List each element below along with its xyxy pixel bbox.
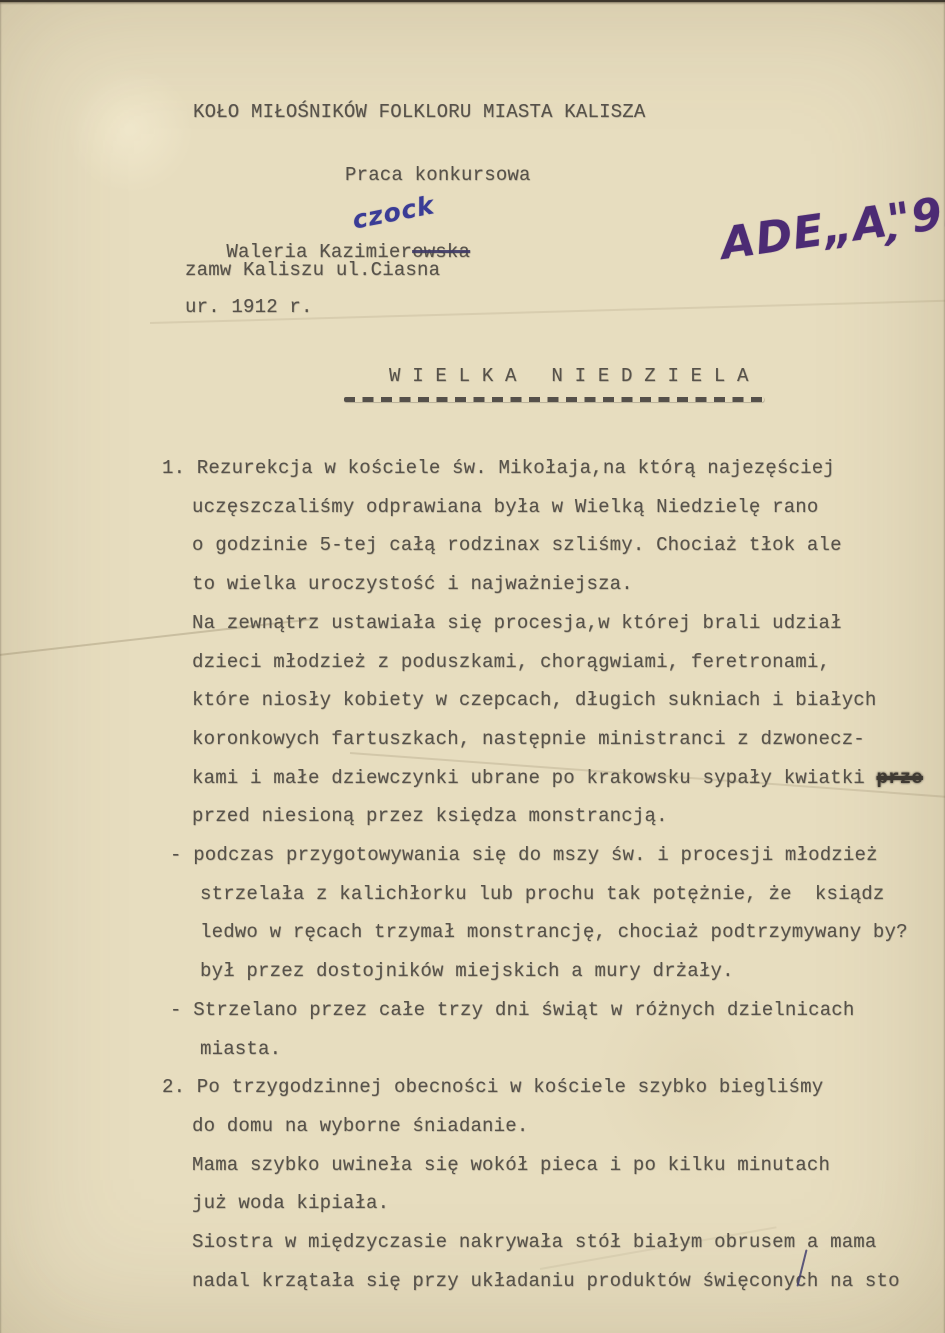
- typed-line-text: Na zewnątrz ustawiała się procesja,w któ…: [192, 612, 842, 634]
- typed-line-text: uczęszczaliśmy odprawiana była w Wielką …: [192, 496, 819, 518]
- typed-line-text: 1. Rezurekcja w kościele św. Mikołaja,na…: [162, 457, 835, 479]
- typed-line: dzieci młodzież z poduszkami, chorągwiam…: [192, 643, 945, 682]
- typed-line-text: kami i małe dziewczynki ubrane po krakow…: [192, 767, 877, 789]
- typed-line: już woda kipiała.: [192, 1184, 945, 1223]
- typed-line: Mama szybko uwineła się wokół pieca i po…: [192, 1146, 945, 1185]
- archive-number-prefix: ADE„A"958/: [718, 177, 945, 270]
- typed-line-text: przed niesioną przez księdza monstrancją…: [192, 805, 668, 827]
- typed-line-text: o godzinie 5-tej całą rodzinax szliśmy. …: [192, 534, 842, 556]
- typed-line: to wielka uroczystość i najważniejsza.: [192, 565, 945, 604]
- typed-line-text: do domu na wyborne śniadanie.: [192, 1115, 528, 1137]
- typed-line-text: - Strzelano przez całe trzy dni świąt w …: [170, 999, 855, 1021]
- document-title: W I E L K A N I E D Z I E L A: [389, 367, 749, 386]
- typed-line: Na zewnątrz ustawiała się procesja,w któ…: [192, 604, 945, 643]
- typed-body-text: 1. Rezurekcja w kościele św. Mikołaja,na…: [162, 449, 945, 1300]
- typed-line-text: nadal krzątała się przy układaniu produk…: [192, 1270, 900, 1292]
- typed-line-text: Siostra w międzyczasie nakrywała stół bi…: [192, 1231, 877, 1253]
- typed-line: był przez dostojników miejskich a mury d…: [200, 952, 945, 991]
- typed-line-text: 2. Po trzygodzinnej obecności w kościele…: [162, 1076, 823, 1098]
- typed-line: 2. Po trzygodzinnej obecności w kościele…: [162, 1068, 945, 1107]
- typed-struck-word: prze: [877, 767, 923, 789]
- typed-line-text: miasta.: [200, 1038, 281, 1060]
- archive-number-flourish: ‚: [885, 205, 906, 252]
- typed-line: kami i małe dziewczynki ubrane po krakow…: [192, 759, 945, 798]
- title-dashed-underline: [344, 397, 764, 402]
- author-address: zamw Kaliszu ul.Ciasna: [185, 261, 440, 280]
- typed-line-text: to wielka uroczystość i najważniejsza.: [192, 573, 633, 595]
- typed-line: które niosły kobiety w czepcach, długich…: [192, 681, 945, 720]
- typed-line: przed niesioną przez księdza monstrancją…: [192, 797, 945, 836]
- typed-line: 1. Rezurekcja w kościele św. Mikołaja,na…: [162, 449, 945, 488]
- typed-line: koronkowych fartuszkach, następnie minis…: [192, 720, 945, 759]
- typed-line: Siostra w międzyczasie nakrywała stół bi…: [192, 1223, 945, 1262]
- typed-line-text: koronkowych fartuszkach, następnie minis…: [192, 728, 865, 750]
- typed-line: do domu na wyborne śniadanie.: [192, 1107, 945, 1146]
- scan-edge-shadow: [0, 0, 945, 2]
- typed-line-text: - podczas przygotowywania się do mszy św…: [170, 844, 878, 866]
- work-type-label: Praca konkursowa: [345, 166, 531, 185]
- typed-line-text: które niosły kobiety w czepcach, długich…: [192, 689, 877, 711]
- typed-line: nadal krzątała się przy układaniu produk…: [192, 1262, 945, 1301]
- typed-line: o godzinie 5-tej całą rodzinax szliśmy. …: [192, 526, 945, 565]
- typed-line-text: był przez dostojników miejskich a mury d…: [200, 960, 734, 982]
- typed-line: strzelała z kalichłorku lub prochu tak p…: [200, 875, 945, 914]
- typed-line-text: strzelała z kalichłorku lub prochu tak p…: [200, 883, 885, 905]
- typed-line: - Strzelano przez całe trzy dni świąt w …: [170, 991, 945, 1030]
- typed-line-text: już woda kipiała.: [192, 1192, 389, 1214]
- typed-line-text: Mama szybko uwineła się wokół pieca i po…: [192, 1154, 830, 1176]
- typed-line-text: ledwo w ręcach trzymał monstrancję, choc…: [200, 921, 908, 943]
- typed-line: uczęszczaliśmy odprawiana była w Wielką …: [192, 488, 945, 527]
- typed-line: - podczas przygotowywania się do mszy św…: [170, 836, 945, 875]
- scanned-typewritten-page: KOŁO MIŁOŚNIKÓW FOLKLORU MIASTA KALISZA …: [0, 0, 945, 1333]
- typed-line-text: dzieci młodzież z poduszkami, chorągwiam…: [192, 651, 830, 673]
- handwritten-archive-number: ADE„A"958/II ‚: [646, 136, 945, 380]
- author-birth-year: ur. 1912 r.: [185, 298, 313, 317]
- typed-line: miasta.: [200, 1030, 945, 1069]
- organization-header: KOŁO MIŁOŚNIKÓW FOLKLORU MIASTA KALISZA: [193, 103, 645, 122]
- typed-line: ledwo w ręcach trzymał monstrancję, choc…: [200, 913, 945, 952]
